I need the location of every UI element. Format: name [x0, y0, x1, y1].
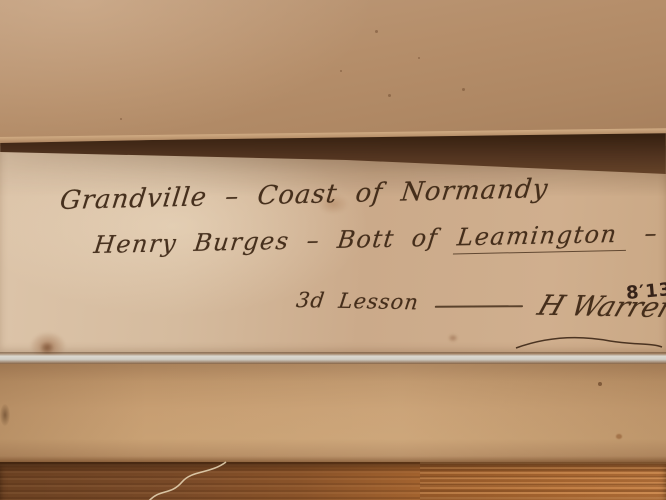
strip-smudge [0, 404, 10, 426]
signature-flourish [512, 334, 666, 354]
board-speck [388, 94, 391, 97]
board-speck [120, 118, 122, 120]
paper-stain [448, 334, 458, 342]
line2-trailing-dash: – [626, 219, 660, 248]
strip-speck [598, 382, 602, 386]
strip-speck [616, 434, 622, 439]
corner-number: 8′13 [625, 279, 666, 304]
paper-bottom-edge [0, 352, 666, 364]
lower-paper-strip [0, 364, 666, 464]
wood-shelf [0, 462, 666, 500]
board-speck [418, 57, 420, 59]
backing-board [0, 0, 666, 146]
loose-thread [138, 454, 238, 500]
handwritten-dash-stroke [434, 305, 522, 308]
lesson-note: 3d Lesson [295, 288, 421, 314]
board-speck [340, 70, 342, 72]
line2-underlined-word: Leamington [453, 220, 629, 255]
board-speck [462, 88, 465, 91]
photo-back-of-picture: Grandville – Coast of Normandy Henry Bur… [0, 0, 666, 500]
wood-grain-stripes [420, 462, 666, 500]
board-speck [375, 30, 378, 33]
